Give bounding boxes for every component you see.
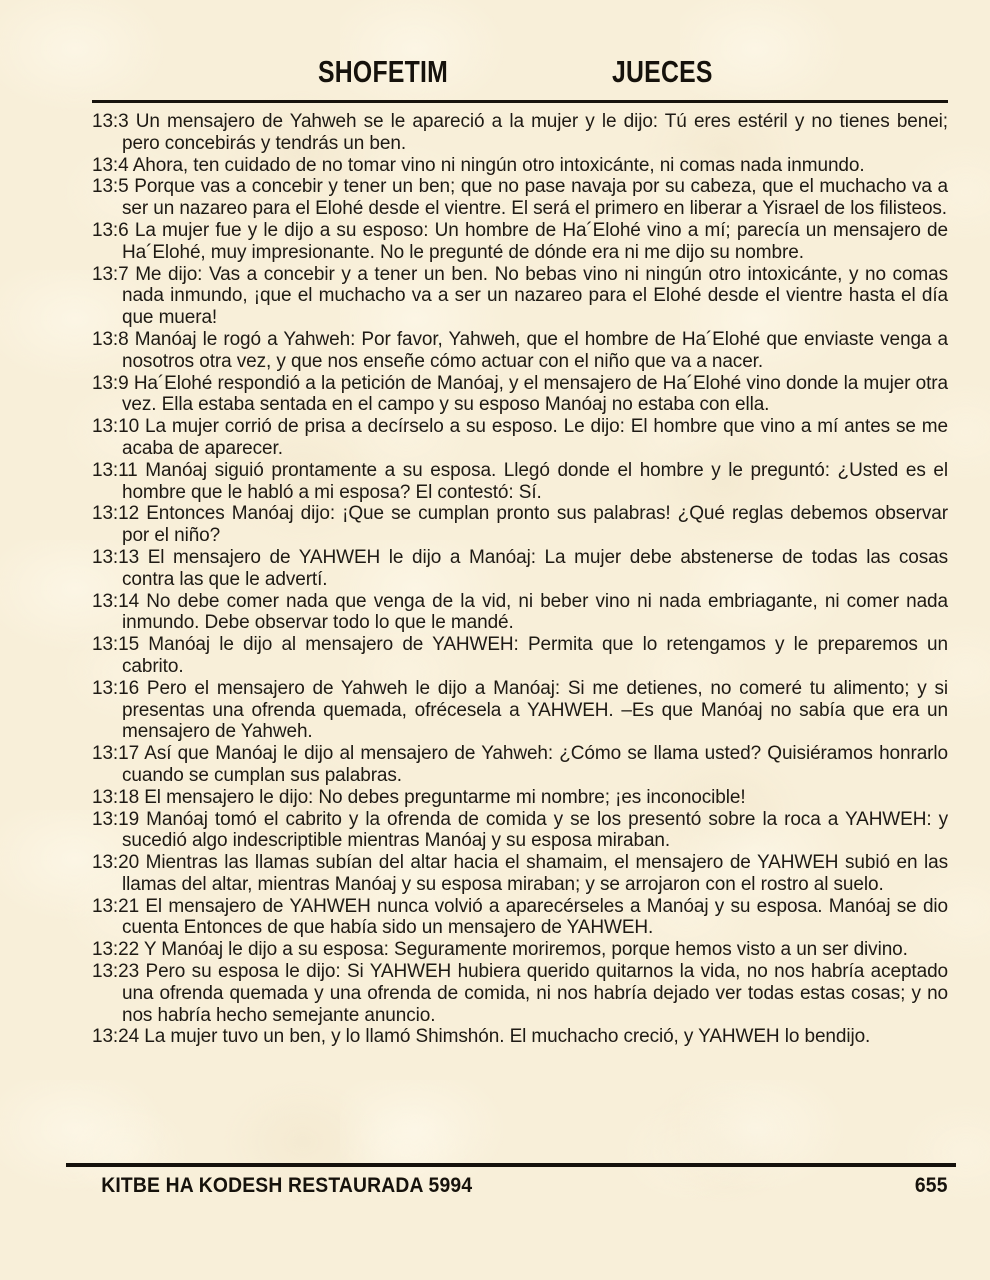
verse-text-block: 13:3 Un mensajero de Yahweh se le aparec… bbox=[92, 111, 948, 1048]
verse-13-22: 13:22 Y Manóaj le dijo a su esposa: Segu… bbox=[92, 939, 948, 961]
verse-13-15: 13:15 Manóaj le dijo al mensajero de YAH… bbox=[92, 634, 948, 678]
verse-13-12: 13:12 Entonces Manóaj dijo: ¡Que se cump… bbox=[92, 503, 948, 547]
header-title-shofetim: SHOFETIM bbox=[318, 54, 448, 90]
verse-13-20: 13:20 Mientras las llamas subían del alt… bbox=[92, 852, 948, 896]
verse-13-18: 13:18 El mensajero le dijo: No debes pre… bbox=[92, 787, 948, 809]
verse-13-5: 13:5 Porque vas a concebir y tener un be… bbox=[92, 176, 948, 220]
header-title-jueces: JUECES bbox=[612, 54, 713, 90]
verse-13-21: 13:21 El mensajero de YAHWEH nunca volvi… bbox=[92, 896, 948, 940]
header-rule bbox=[92, 100, 948, 103]
verse-13-3: 13:3 Un mensajero de Yahweh se le aparec… bbox=[92, 111, 948, 155]
verse-13-13: 13:13 El mensajero de YAHWEH le dijo a M… bbox=[92, 547, 948, 591]
verse-13-14: 13:14 No debe comer nada que venga de la… bbox=[92, 591, 948, 635]
verse-13-4: 13:4 Ahora, ten cuidado de no tomar vino… bbox=[92, 155, 948, 177]
footer-page-number: 655 bbox=[915, 1174, 948, 1198]
verse-13-8: 13:8 Manóaj le rogó a Yahweh: Por favor,… bbox=[92, 329, 948, 373]
verse-13-24: 13:24 La mujer tuvo un ben, y lo llamó S… bbox=[92, 1026, 948, 1048]
footer-rule bbox=[66, 1163, 956, 1167]
verse-13-23: 13:23 Pero su esposa le dijo: Si YAHWEH … bbox=[92, 961, 948, 1026]
verse-13-9: 13:9 Ha´Elohé respondió a la petición de… bbox=[92, 373, 948, 417]
page-header: SHOFETIM JUECES bbox=[0, 54, 990, 88]
verse-13-10: 13:10 La mujer corrió de prisa a decírse… bbox=[92, 416, 948, 460]
footer-imprint: KITBE HA KODESH RESTAURADA 5994 bbox=[92, 1174, 472, 1198]
verse-13-7: 13:7 Me dijo: Vas a concebir y a tener u… bbox=[92, 264, 948, 329]
verse-13-11: 13:11 Manóaj siguió prontamente a su esp… bbox=[92, 460, 948, 504]
verse-13-19: 13:19 Manóaj tomó el cabrito y la ofrend… bbox=[92, 809, 948, 853]
scanned-book-page: SHOFETIM JUECES 13:3 Un mensajero de Yah… bbox=[0, 0, 990, 1280]
verse-13-16: 13:16 Pero el mensajero de Yahweh le dij… bbox=[92, 678, 948, 743]
page-footer: KITBE HA KODESH RESTAURADA 5994 655 bbox=[92, 1174, 948, 1198]
verse-13-17: 13:17 Así que Manóaj le dijo al mensajer… bbox=[92, 743, 948, 787]
verse-13-6: 13:6 La mujer fue y le dijo a su esposo:… bbox=[92, 220, 948, 264]
